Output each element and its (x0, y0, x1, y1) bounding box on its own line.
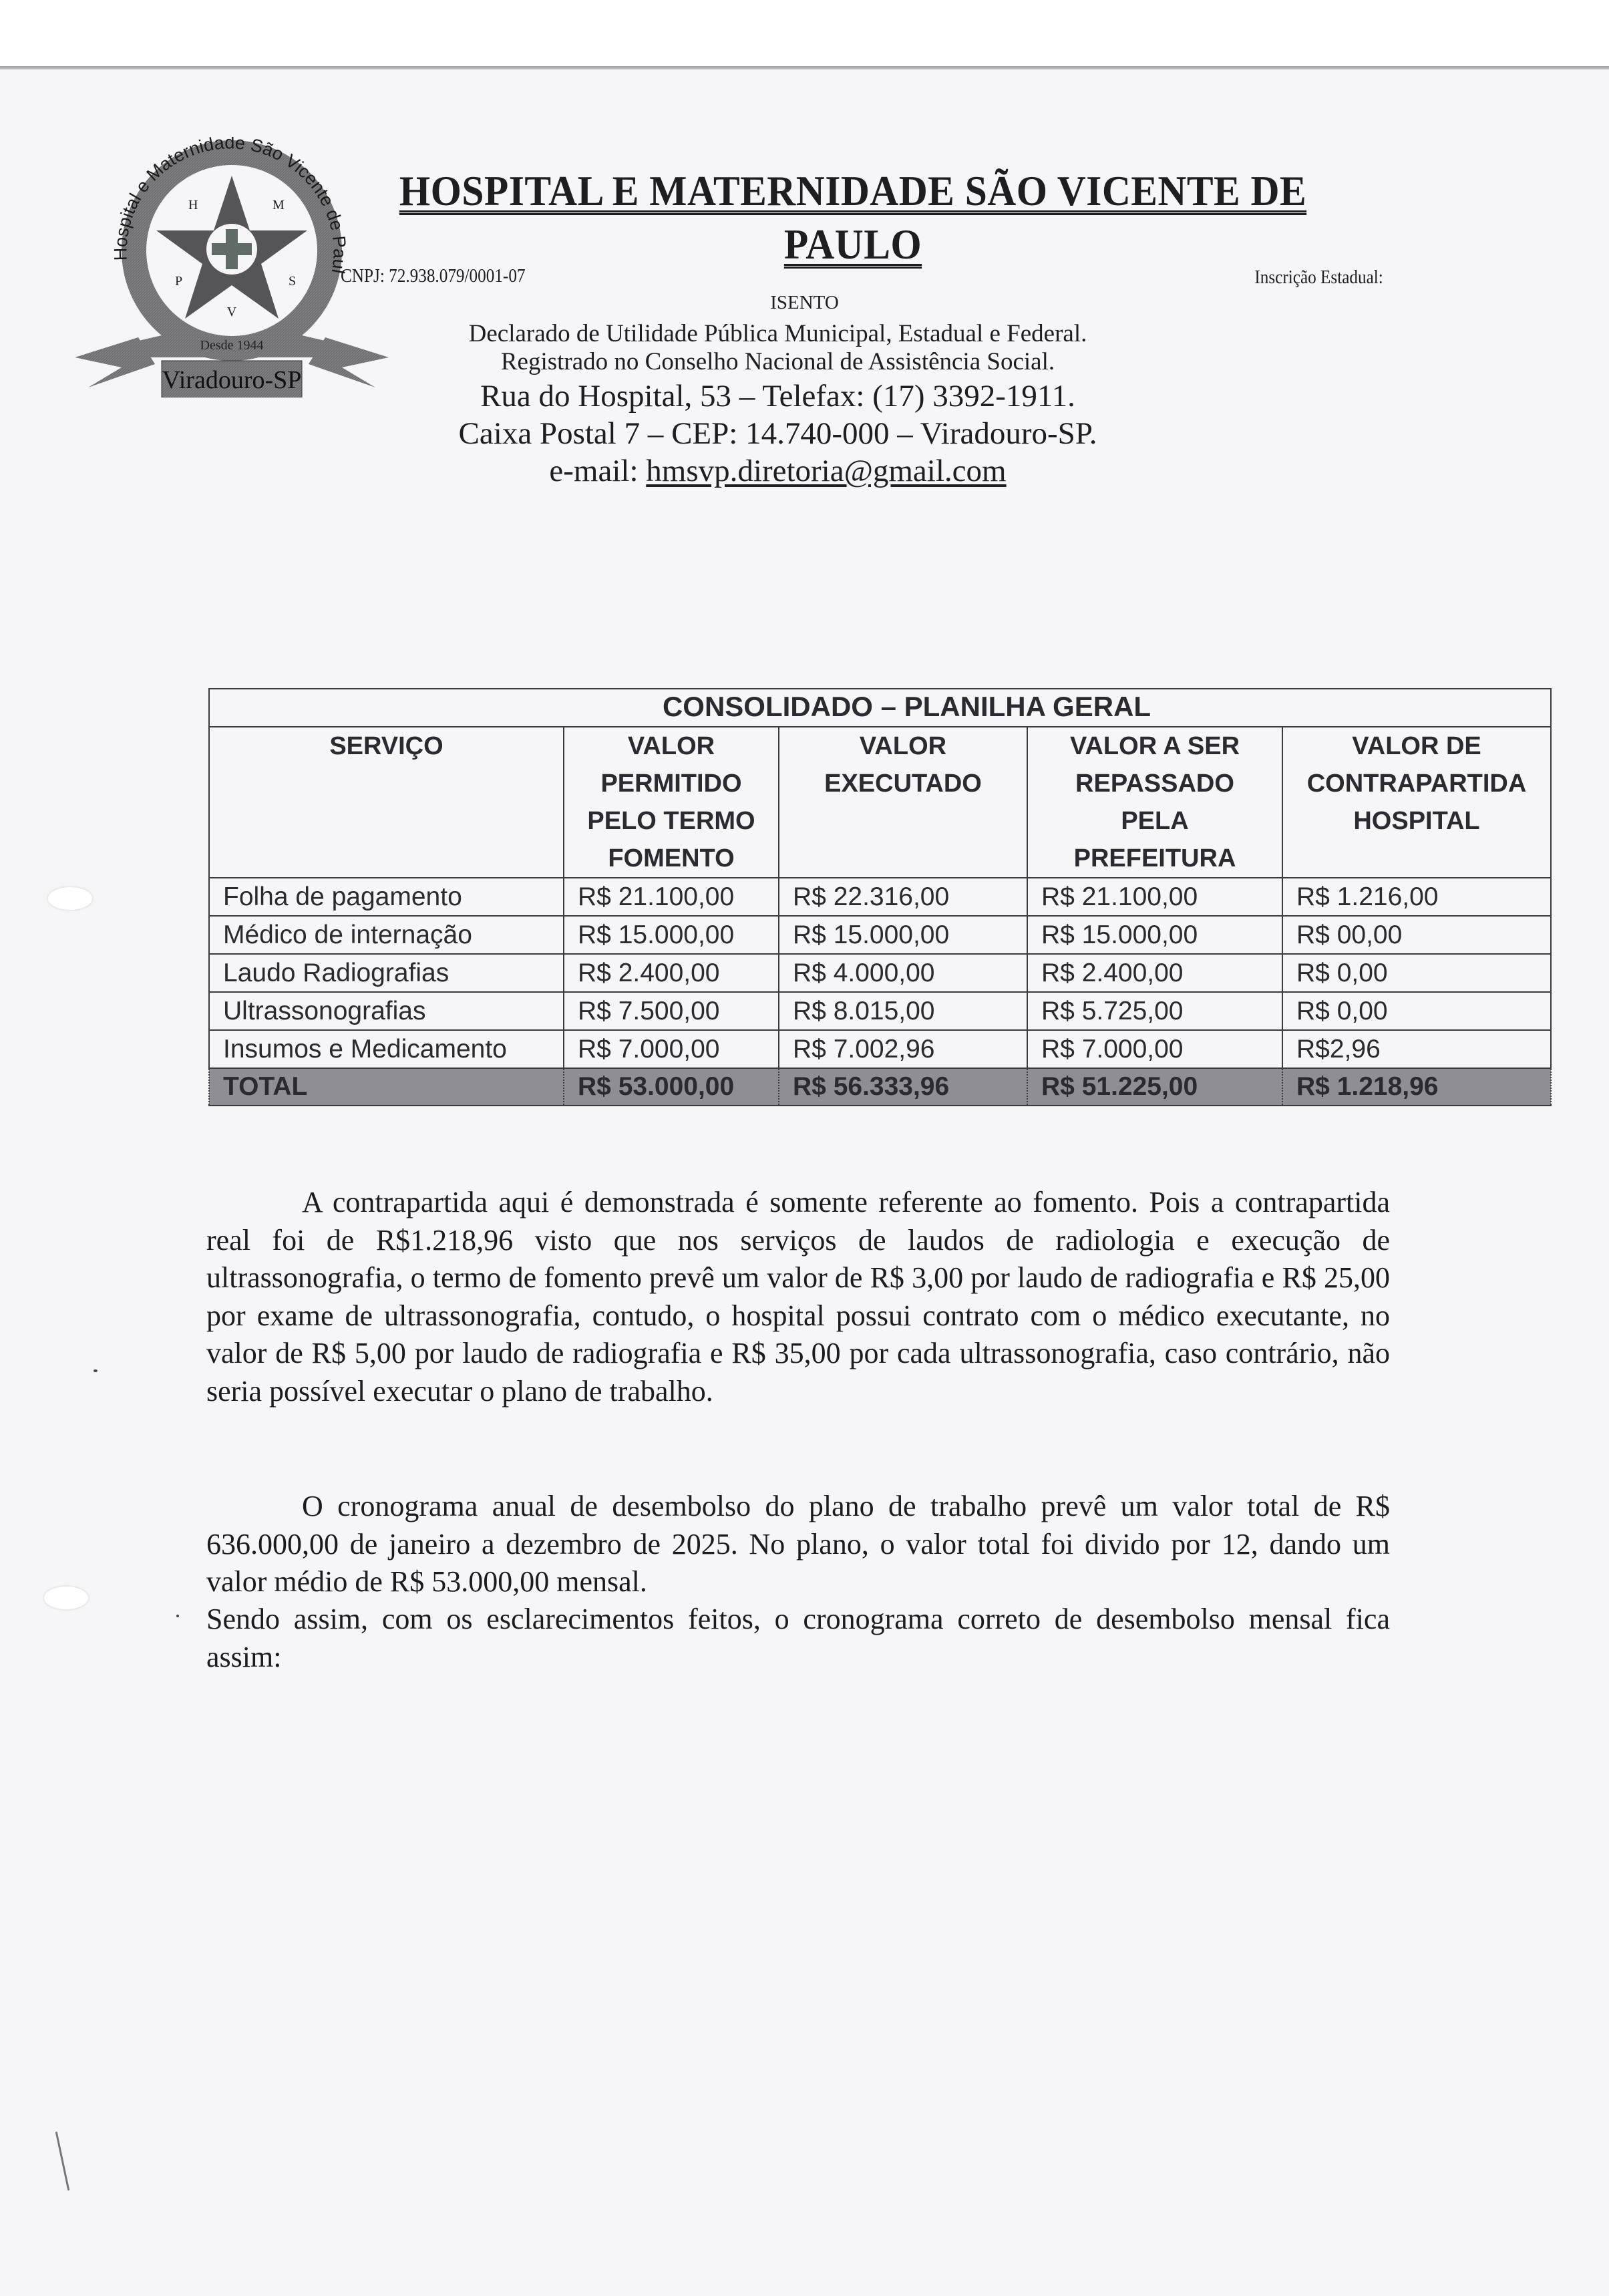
paragraph-contrapartida: A contrapartida aqui é demonstrada é som… (206, 1184, 1390, 1410)
title-line-1: HOSPITAL E MATERNIDADE SÃO VICENTE DE (399, 167, 1306, 214)
inscricao-estadual-value: ISENTO (0, 292, 1609, 314)
scan-mark (55, 2132, 70, 2191)
hospital-name-title: HOSPITAL E MATERNIDADE SÃO VICENTE DE PA… (378, 164, 1328, 271)
cell-contrapartida: R$ 0,00 (1282, 954, 1551, 992)
scan-speck (176, 1615, 179, 1617)
scan-speck (94, 1369, 98, 1372)
cell-executado: R$ 7.002,96 (779, 1030, 1027, 1068)
consolidado-table: CONSOLIDADO – PLANILHA GERAL SERVIÇO VAL… (208, 688, 1552, 1106)
punch-hole (48, 887, 92, 910)
logo-letter-m: M (273, 198, 285, 212)
header-valor-repassado: VALOR A SERREPASSADO PELAPREFEITURA (1027, 727, 1282, 878)
total-contrapartida: R$ 1.218,96 (1282, 1068, 1551, 1106)
cell-servico: Médico de internação (209, 916, 564, 954)
cell-repassado: R$ 7.000,00 (1027, 1030, 1282, 1068)
cell-contrapartida: R$ 1.216,00 (1282, 878, 1551, 916)
paragraph-conclusao: Sendo assim, com os esclarecimentos feit… (206, 1601, 1390, 1676)
logo-letter-p: P (175, 274, 182, 289)
scan-page-edge (0, 66, 1609, 69)
table-caption: CONSOLIDADO – PLANILHA GERAL (209, 689, 1551, 727)
cell-permitido: R$ 21.100,00 (564, 878, 779, 916)
cell-executado: R$ 15.000,00 (779, 916, 1027, 954)
table-header-row: SERVIÇO VALORPERMITIDOPELO TERMOFOMENTO … (209, 727, 1551, 878)
cell-permitido: R$ 2.400,00 (564, 954, 779, 992)
cell-contrapartida: R$ 00,00 (1282, 916, 1551, 954)
cell-repassado: R$ 2.400,00 (1027, 954, 1282, 992)
header-valor-contrapartida: VALOR DECONTRAPARTIDAHOSPITAL (1282, 727, 1551, 878)
punch-hole (44, 1587, 88, 1609)
total-permitido: R$ 53.000,00 (564, 1068, 779, 1106)
total-repassado: R$ 51.225,00 (1027, 1068, 1282, 1106)
cell-repassado: R$ 21.100,00 (1027, 878, 1282, 916)
table-row: Laudo Radiografias R$ 2.400,00 R$ 4.000,… (209, 954, 1551, 992)
title-line-2: PAULO (784, 220, 922, 268)
header-valor-executado: VALOREXECUTADO (779, 727, 1027, 878)
total-label: TOTAL (209, 1068, 564, 1106)
cell-repassado: R$ 15.000,00 (1027, 916, 1282, 954)
header-servico: SERVIÇO (209, 727, 564, 878)
cell-contrapartida: R$2,96 (1282, 1030, 1551, 1068)
paragraph-cronograma: O cronograma anual de desembolso do plan… (206, 1488, 1390, 1601)
logo-letter-s: S (289, 274, 296, 289)
scan-top-margin (0, 0, 1609, 67)
cell-servico: Folha de pagamento (209, 878, 564, 916)
cell-executado: R$ 4.000,00 (779, 954, 1027, 992)
cell-contrapartida: R$ 0,00 (1282, 992, 1551, 1030)
total-executado: R$ 56.333,96 (779, 1068, 1027, 1106)
table-row: Folha de pagamento R$ 21.100,00 R$ 22.31… (209, 878, 1551, 916)
cell-repassado: R$ 5.725,00 (1027, 992, 1282, 1030)
cell-servico: Ultrassonografias (209, 992, 564, 1030)
cell-permitido: R$ 15.000,00 (564, 916, 779, 954)
header-valor-permitido: VALORPERMITIDOPELO TERMOFOMENTO (564, 727, 779, 878)
email-link[interactable]: hmsvp.diretoria@gmail.com (646, 454, 1006, 488)
email-line: e-mail: hmsvp.diretoria@gmail.com (0, 453, 1582, 489)
table-row: Insumos e Medicamento R$ 7.000,00 R$ 7.0… (209, 1030, 1551, 1068)
table-total-row: TOTAL R$ 53.000,00 R$ 56.333,96 R$ 51.22… (209, 1068, 1551, 1106)
postal-line: Caixa Postal 7 – CEP: 14.740-000 – Virad… (0, 416, 1582, 452)
inscricao-estadual-label: Inscrição Estadual: (1255, 267, 1383, 289)
address-phone-line: Rua do Hospital, 53 – Telefax: (17) 3392… (0, 378, 1582, 414)
cell-servico: Laudo Radiografias (209, 954, 564, 992)
logo-letter-h: H (188, 198, 198, 212)
registro-line: Registrado no Conselho Nacional de Assis… (0, 347, 1582, 376)
cell-servico: Insumos e Medicamento (209, 1030, 564, 1068)
table-row: Ultrassonografias R$ 7.500,00 R$ 8.015,0… (209, 992, 1551, 1030)
cnpj: CNPJ: 72.938.079/0001-07 (341, 266, 526, 287)
cell-permitido: R$ 7.000,00 (564, 1030, 779, 1068)
cell-executado: R$ 8.015,00 (779, 992, 1027, 1030)
cell-permitido: R$ 7.500,00 (564, 992, 779, 1030)
table-row: Médico de internação R$ 15.000,00 R$ 15.… (209, 916, 1551, 954)
utilidade-publica-line: Declarado de Utilidade Pública Municipal… (0, 319, 1582, 348)
cell-executado: R$ 22.316,00 (779, 878, 1027, 916)
email-label: e-mail: (549, 454, 646, 488)
